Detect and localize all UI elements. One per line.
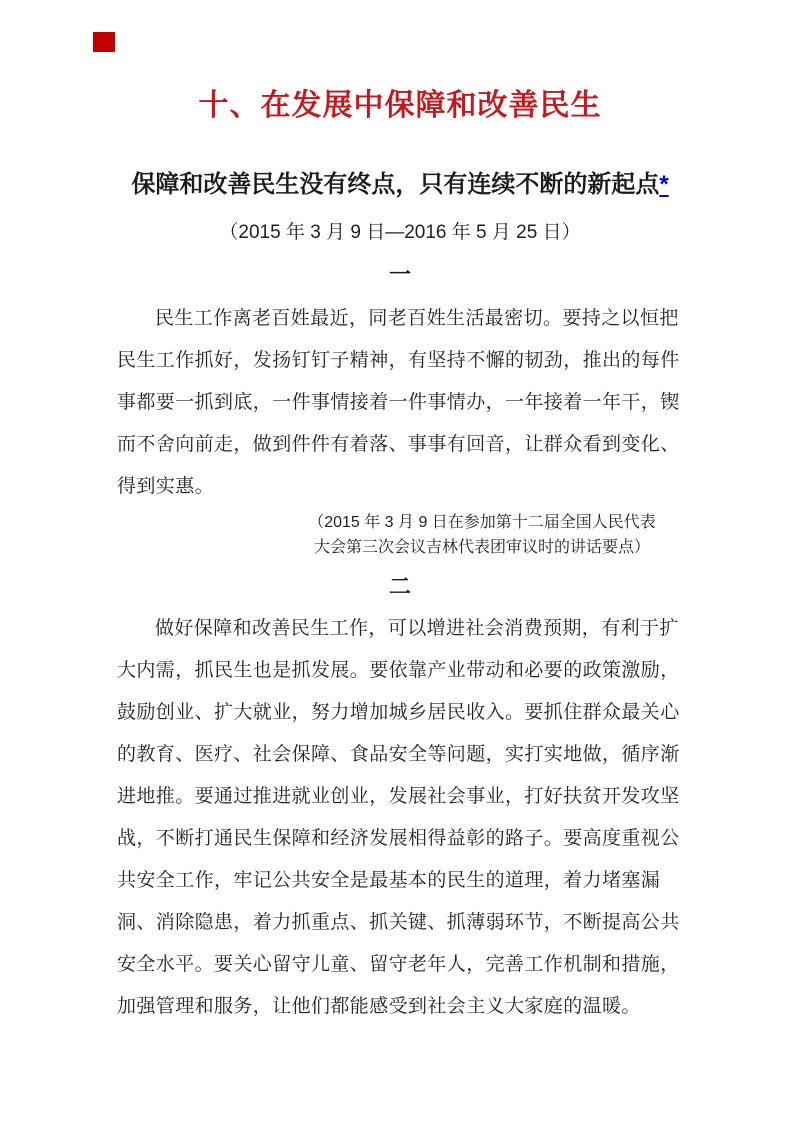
paragraph-one: 民生工作离老百姓最近，同老百姓生活最密切。要持之以恒把民生工作抓好，发扬钉钉子精… [117, 298, 683, 508]
text-line: 民生工作离老百姓最近，同老百姓生活最密切。要持之以恒把 [117, 298, 683, 340]
text-line: 做好保障和改善民生工作，可以增进社会消费预期，有利于扩 [117, 608, 683, 650]
text-line: （2015 年 3 月 9 日在参加第十二届全国人民代表 [272, 510, 692, 535]
section-marker-one: 一 [0, 260, 800, 290]
text-line: 得到实惠。 [117, 466, 683, 508]
chapter-title: 十、在发展中保障和改善民生 [0, 86, 800, 126]
text-line: 洞、消除隐患，着力抓重点、抓关键、抓薄弱环节，不断提高公共 [117, 902, 683, 944]
text-line: 加强管理和服务，让他们都能感受到社会主义大家庭的温暖。 [117, 986, 683, 1028]
text-line: 共安全工作，牢记公共安全是最基本的民生的道理，着力堵塞漏 [117, 860, 683, 902]
date-range: （2015 年 3 月 9 日—2016 年 5 月 25 日） [0, 220, 800, 246]
text-line: 而不舍向前走，做到件件有着落、事事有回音，让群众看到变化、 [117, 424, 683, 466]
text-line: 事都要一抓到底，一件事情接着一件事情办，一年接着一年干，锲 [117, 382, 683, 424]
footnote-asterisk-link[interactable]: * [659, 171, 668, 198]
text-line: 大会第三次会议吉林代表团审议时的讲话要点） [272, 535, 692, 560]
document-page: 十、在发展中保障和改善民生 保障和改善民生没有终点，只有连续不断的新起点* （2… [0, 0, 800, 1130]
text-line: 安全水平。要关心留守儿童、留守老年人，完善工作机制和措施， [117, 944, 683, 986]
citation-source: （2015 年 3 月 9 日在参加第十二届全国人民代表大会第三次会议吉林代表团… [272, 510, 692, 560]
text-line: 鼓励创业、扩大就业，努力增加城乡居民收入。要抓住群众最关心 [117, 692, 683, 734]
section-marker-two: 二 [0, 572, 800, 602]
text-line: 进地推。要通过推进就业创业，发展社会事业，打好扶贫开发攻坚 [117, 776, 683, 818]
article-subtitle: 保障和改善民生没有终点，只有连续不断的新起点* [0, 168, 800, 202]
paragraph-two: 做好保障和改善民生工作，可以增进社会消费预期，有利于扩大内需，抓民生也是抓发展。… [117, 608, 683, 1028]
red-square-decoration [93, 32, 115, 52]
text-line: 的教育、医疗、社会保障、食品安全等问题，实打实地做，循序渐 [117, 734, 683, 776]
text-line: 战，不断打通民生保障和经济发展相得益彰的路子。要高度重视公 [117, 818, 683, 860]
article-subtitle-text: 保障和改善民生没有终点，只有连续不断的新起点 [131, 171, 659, 198]
text-line: 大内需，抓民生也是抓发展。要依靠产业带动和必要的政策激励， [117, 650, 683, 692]
text-line: 民生工作抓好，发扬钉钉子精神，有坚持不懈的韧劲，推出的每件 [117, 340, 683, 382]
